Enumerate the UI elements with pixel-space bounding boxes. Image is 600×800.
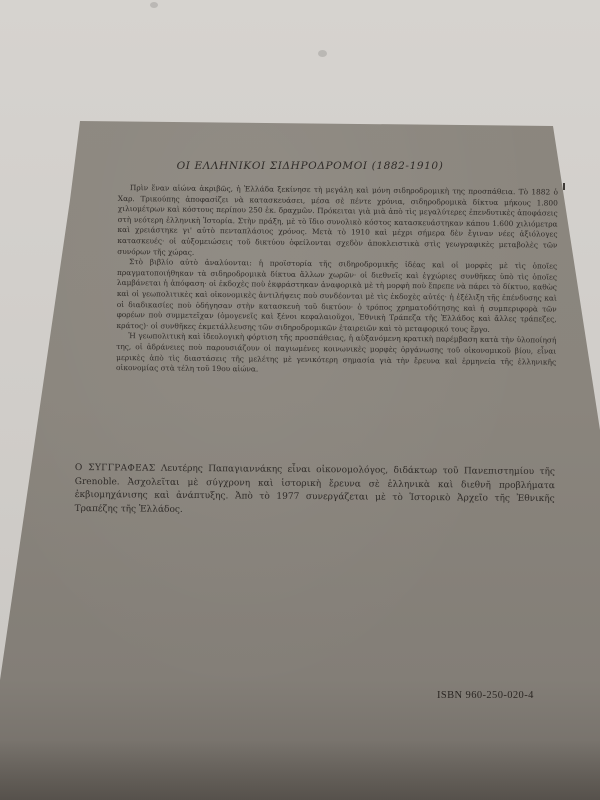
background-spot [150,2,158,8]
cover-edge-mark [563,183,565,190]
summary-paragraph-1: Πρὶν ἕναν αἰώνα ἀκριβῶς, ἡ Ἑλλάδα ξεκίνη… [117,183,558,262]
book-title: ΟΙ ΕΛΛΗΝΙΚΟΙ ΣΙΔΗΡΟΔΡΟΜΟΙ (1882-1910) [150,160,470,172]
bottom-shadow [0,740,600,800]
background-spot [318,50,327,57]
summary-text: Πρὶν ἕναν αἰώνα ἀκριβῶς, ἡ Ἑλλάδα ξεκίνη… [116,183,558,378]
isbn-number: ISBN 960-250-020-4 [437,690,534,701]
book-back-cover [0,0,600,800]
summary-paragraph-3: Ἡ γεωπολιτικὴ καὶ ἰδεολογικὴ φόρτιση τῆς… [116,331,556,378]
author-bio: Ο ΣΥΓΓΡΑΦΕΑΣ Λευτέρης Παπαγιαννάκης εἶνα… [75,462,555,521]
summary-paragraph-2: Στὸ βιβλίο αὐτὸ ἀναλύονται: ἡ προϊστορία… [116,257,557,336]
author-label: Ο ΣΥΓΓΡΑΦΕΑΣ [75,463,156,474]
